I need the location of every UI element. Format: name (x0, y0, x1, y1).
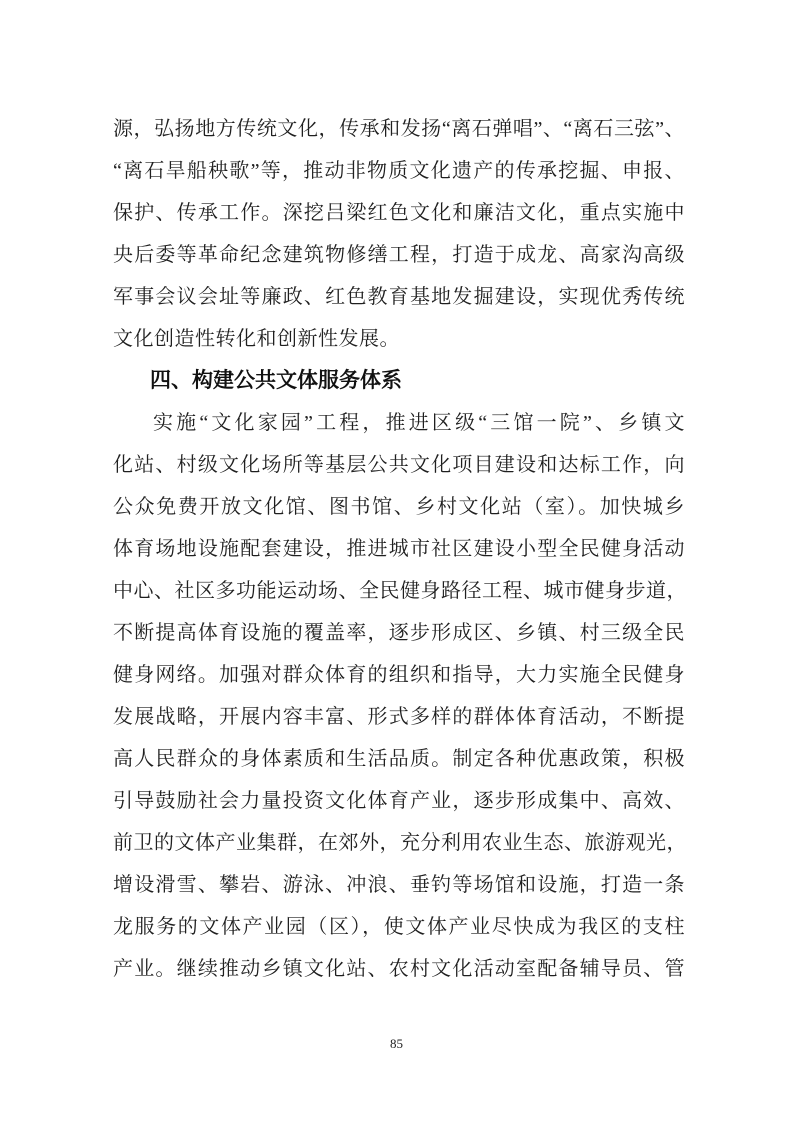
text-line: 军事会议会址等廉政、红色教育基地发掘建设，实现优秀传统 (113, 276, 685, 318)
text-line: 龙服务的文体产业园（区），使文体产业尽快成为我区的支柱 (113, 906, 685, 948)
text-column: 源，弘扬地方传统文化，传承和发扬“离石弹唱”、“离石三弦”、 “离石旱船秧歌”等… (113, 108, 685, 990)
text-line: “离石旱船秧歌”等，推动非物质文化遗产的传承挖掘、申报、 (113, 150, 685, 192)
text-line: 化站、村级文化场所等基层公共文化项目建设和达标工作，向 (113, 444, 685, 486)
text-line: 引导鼓励社会力量投资文化体育产业，逐步形成集中、高效、 (113, 780, 685, 822)
page-number: 85 (0, 1036, 793, 1052)
text-line: 文化创造性转化和创新性发展。 (113, 318, 685, 360)
section-heading: 四、构建公共文体服务体系 (113, 360, 685, 402)
text-line: 体育场地设施配套建设，推进城市社区建设小型全民健身活动 (113, 528, 685, 570)
text-line: 高人民群众的身体素质和生活品质。制定各种优惠政策，积极 (113, 738, 685, 780)
text-line: 保护、传承工作。深挖吕梁红色文化和廉洁文化，重点实施中 (113, 192, 685, 234)
text-line: 公众免费开放文化馆、图书馆、乡村文化站（室）。加快城乡 (113, 486, 685, 528)
text-line: 前卫的文体产业集群，在郊外，充分利用农业生态、旅游观光， (113, 822, 685, 864)
text-line: 央后委等革命纪念建筑物修缮工程，打造于成龙、高家沟高级 (113, 234, 685, 276)
text-line: 产业。继续推动乡镇文化站、农村文化活动室配备辅导员、管 (113, 948, 685, 990)
text-line: 实施“文化家园”工程，推进区级“三馆一院”、乡镇文 (113, 402, 685, 444)
text-line: 健身网络。加强对群众体育的组织和指导，大力实施全民健身 (113, 654, 685, 696)
text-line: 不断提高体育设施的覆盖率，逐步形成区、乡镇、村三级全民 (113, 612, 685, 654)
text-line: 发展战略，开展内容丰富、形式多样的群体体育活动，不断提 (113, 696, 685, 738)
text-line: 源，弘扬地方传统文化，传承和发扬“离石弹唱”、“离石三弦”、 (113, 108, 685, 150)
text-line: 增设滑雪、攀岩、游泳、冲浪、垂钓等场馆和设施，打造一条 (113, 864, 685, 906)
text-line: 中心、社区多功能运动场、全民健身路径工程、城市健身步道， (113, 570, 685, 612)
document-page: 源，弘扬地方传统文化，传承和发扬“离石弹唱”、“离石三弦”、 “离石旱船秧歌”等… (0, 0, 793, 1122)
